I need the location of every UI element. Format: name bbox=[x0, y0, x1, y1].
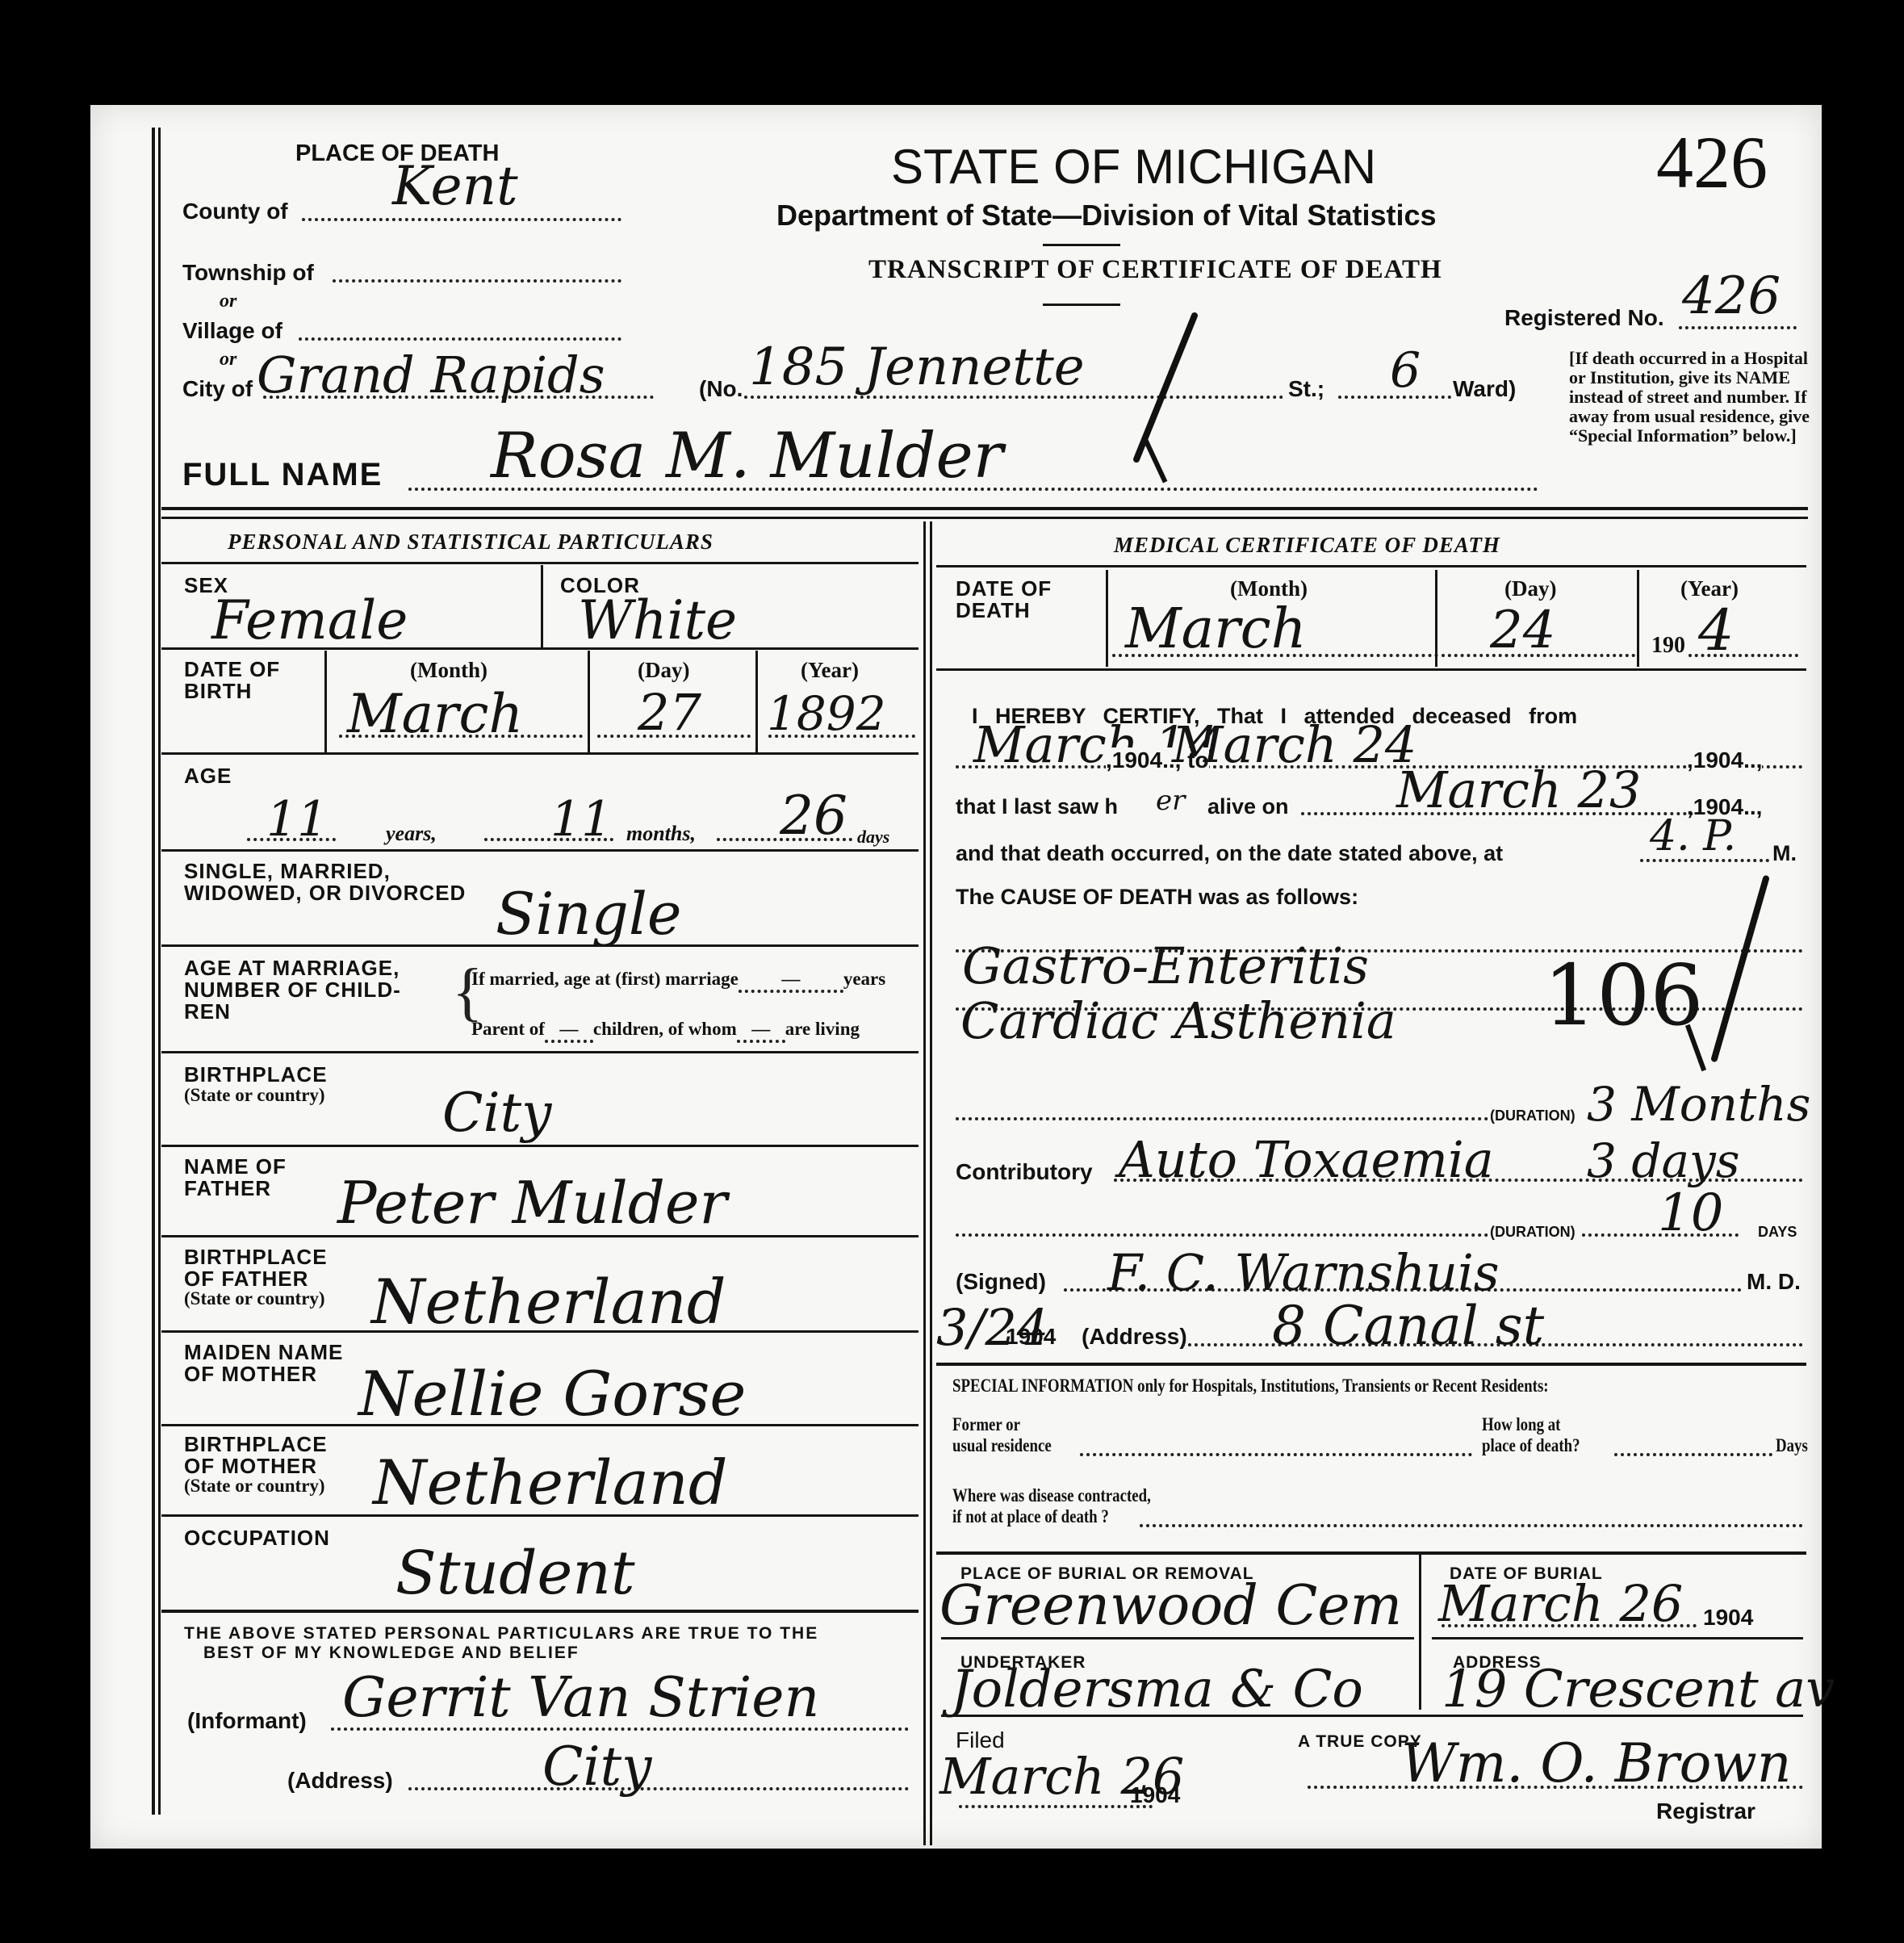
attended-to-value: March 24 bbox=[1172, 715, 1416, 774]
dob-month-header: (Month) bbox=[410, 660, 488, 680]
mother-label-line: OF MOTHER bbox=[184, 1362, 317, 1386]
informant-address-field bbox=[408, 1787, 909, 1790]
days-label: DAYS bbox=[1758, 1224, 1797, 1241]
birthplace-sublabel: (State or country) bbox=[184, 1085, 325, 1106]
row-rule bbox=[1432, 1637, 1803, 1639]
mother-bp-label-line: BIRTHPLACE bbox=[184, 1432, 328, 1456]
village-field bbox=[299, 337, 621, 341]
last-saw-date-value: March 23 bbox=[1396, 760, 1641, 819]
former-residence-label: Former orusual residence bbox=[952, 1414, 1052, 1456]
age-months-value: 11 bbox=[550, 791, 612, 848]
medical-certificate-heading: MEDICAL CERTIFICATE OF DEATH bbox=[1114, 533, 1500, 558]
burial-year-value: 1904 bbox=[1703, 1605, 1753, 1631]
time-of-death-value: 4. P. bbox=[1650, 812, 1736, 861]
how-long-field bbox=[1614, 1453, 1772, 1456]
cell-divider bbox=[755, 651, 758, 752]
state-title: STATE OF MICHIGAN bbox=[891, 139, 1376, 195]
contracted-label-line: if not at place of death ? bbox=[952, 1506, 1109, 1526]
cause-code-value: 106 bbox=[1543, 946, 1704, 1045]
father-birthplace-label: BIRTHPLACEOF FATHER bbox=[184, 1246, 328, 1290]
informant-address-label: (Address) bbox=[287, 1768, 393, 1794]
village-label: Village of bbox=[182, 318, 282, 344]
dob-label-line: DATE OF bbox=[184, 657, 280, 681]
father-bp-label-line: BIRTHPLACE bbox=[184, 1245, 328, 1269]
children-count-value: — bbox=[545, 1019, 593, 1043]
dob-month-value: March bbox=[347, 683, 523, 745]
contributory-label: Contributory bbox=[956, 1159, 1093, 1185]
city-value: Grand Rapids bbox=[257, 345, 605, 404]
attestation-line-1: THE ABOVE STATED PERSONAL PARTICULARS AR… bbox=[184, 1624, 818, 1644]
marital-status-label: SINGLE, MARRIED,WIDOWED, OR DIVORCED bbox=[184, 861, 466, 904]
row-rule bbox=[161, 1610, 919, 1613]
row-rule bbox=[936, 668, 1806, 671]
ward-label: Ward) bbox=[1453, 376, 1516, 402]
dod-label-line: DATE OF bbox=[956, 576, 1052, 601]
years-label: years, bbox=[386, 822, 437, 846]
county-label: County of bbox=[182, 199, 288, 224]
months-label: months, bbox=[626, 822, 696, 846]
burial-date-value: March 26 bbox=[1438, 1574, 1683, 1633]
row-rule bbox=[161, 1145, 919, 1147]
last-saw-pronoun: er bbox=[1156, 785, 1185, 817]
cell-divider bbox=[1435, 570, 1437, 667]
physician-signature-value: F. C. Warnshuis bbox=[1107, 1243, 1500, 1302]
mother-label-line: MAIDEN NAME bbox=[184, 1340, 343, 1364]
registrar-label: Registrar bbox=[1656, 1799, 1755, 1824]
registrar-signature-value: Wm. O. Brown bbox=[1401, 1732, 1791, 1794]
attestation-line-2: BEST OF MY KNOWLEDGE AND BELIEF bbox=[203, 1644, 580, 1663]
years-suffix: years bbox=[843, 969, 885, 989]
birthplace-label: BIRTHPLACE bbox=[184, 1064, 328, 1086]
section-rule bbox=[161, 507, 1808, 510]
mother-birthplace-sublabel: (State or country) bbox=[184, 1476, 325, 1497]
former-label-line: Former or bbox=[952, 1414, 1020, 1434]
registered-no-value: 426 bbox=[1682, 266, 1781, 326]
mother-name-value: Nellie Gorse bbox=[358, 1358, 746, 1430]
occupation-value: Student bbox=[395, 1539, 635, 1608]
children-line: Parent of—children, of whom—are living bbox=[471, 1019, 860, 1043]
marriage-label-line: NUMBER OF CHILD- bbox=[184, 978, 401, 1002]
physician-address-label: (Address) bbox=[1082, 1324, 1187, 1350]
marital-label-line: SINGLE, MARRIED, bbox=[184, 859, 391, 883]
contributory-value: Auto Toxaemia bbox=[1119, 1130, 1494, 1189]
dob-day-value: 27 bbox=[638, 683, 701, 742]
row-rule bbox=[161, 647, 919, 650]
column-divider bbox=[930, 521, 932, 1845]
father-bp-label-line: OF FATHER bbox=[184, 1267, 308, 1291]
row-rule bbox=[941, 1715, 1803, 1717]
father-label-line: FATHER bbox=[184, 1176, 271, 1200]
signed-year-value: 1904 bbox=[1006, 1324, 1056, 1350]
section-rule bbox=[161, 517, 1808, 519]
cell-divider bbox=[1637, 570, 1639, 667]
md-label: M. D. bbox=[1747, 1269, 1801, 1295]
row-rule bbox=[161, 1051, 919, 1053]
contributory-days-value: 10 bbox=[1658, 1183, 1723, 1243]
dod-label: DATE OFDEATH bbox=[956, 578, 1052, 622]
special-information-heading: SPECIAL INFORMATION only for Hospitals, … bbox=[952, 1376, 1549, 1397]
undertaker-value: Joldersma & Co bbox=[951, 1660, 1363, 1719]
marital-status-value: Single bbox=[496, 880, 681, 948]
duration-field-2 bbox=[956, 1233, 1488, 1237]
full-name-label: FULL NAME bbox=[182, 457, 383, 493]
township-label: Township of bbox=[182, 260, 314, 286]
row-rule bbox=[161, 1330, 919, 1333]
registered-no-field bbox=[1679, 326, 1797, 329]
disease-contracted-field bbox=[1140, 1524, 1803, 1527]
column-divider bbox=[923, 521, 926, 1845]
death-occurred-label: and that death occurred, on the date sta… bbox=[956, 841, 1503, 866]
are-living-label: are living bbox=[785, 1019, 860, 1039]
certificate-number: 426 bbox=[1656, 119, 1768, 205]
burial-place-value: Greenwood Cem bbox=[939, 1574, 1402, 1638]
left-border-rule-inner bbox=[158, 128, 161, 1815]
marriage-age-line: If married, age at (first) marriage—year… bbox=[471, 969, 885, 993]
row-rule bbox=[936, 1363, 1806, 1366]
birthplace-value: City bbox=[442, 1082, 551, 1144]
dod-month-value: March bbox=[1125, 597, 1307, 661]
row-rule bbox=[161, 944, 919, 947]
father-birthplace-value: Netherland bbox=[371, 1266, 726, 1338]
personal-particulars-heading: PERSONAL AND STATISTICAL PARTICULARS bbox=[228, 530, 713, 555]
row-rule bbox=[941, 1637, 1414, 1639]
time-suffix: M. bbox=[1772, 841, 1797, 866]
duration-label: (DURATION) bbox=[1490, 1108, 1576, 1124]
father-name-label: NAME OFFATHER bbox=[184, 1156, 287, 1200]
full-name-value: Rosa M. Mulder bbox=[491, 420, 1003, 492]
physician-address-value: 8 Canal st bbox=[1272, 1295, 1544, 1357]
children-of-whom-label: children, of whom bbox=[593, 1019, 737, 1039]
marriage-age-value: — bbox=[739, 969, 843, 993]
cell-divider bbox=[324, 651, 327, 752]
cell-divider bbox=[588, 651, 590, 752]
row-rule bbox=[161, 849, 919, 852]
former-label-line: usual residence bbox=[952, 1435, 1052, 1455]
father-name-value: Peter Mulder bbox=[337, 1169, 727, 1237]
dob-year-header: (Year) bbox=[801, 660, 859, 680]
left-border-rule bbox=[152, 128, 155, 1815]
dob-year-value: 1892 bbox=[767, 686, 886, 741]
age-label: AGE bbox=[184, 765, 232, 787]
cell-divider bbox=[1419, 1555, 1421, 1710]
dod-label-line: DEATH bbox=[956, 598, 1031, 622]
mother-birthplace-label: BIRTHPLACEOF MOTHER bbox=[184, 1434, 328, 1477]
cell-divider bbox=[541, 565, 543, 647]
ward-value: 6 bbox=[1390, 342, 1421, 399]
marriage-label-line: REN bbox=[184, 999, 231, 1024]
father-birthplace-sublabel: (State or country) bbox=[184, 1288, 325, 1309]
informant-label: (Informant) bbox=[187, 1708, 307, 1734]
mother-birthplace-value: Netherland bbox=[373, 1447, 728, 1518]
form-title: TRANSCRIPT OF CERTIFICATE OF DEATH bbox=[868, 255, 1442, 285]
disease-contracted-label: Where was disease contracted,if not at p… bbox=[952, 1485, 1151, 1527]
dob-label-line: BIRTH bbox=[184, 679, 252, 703]
county-value: Kent bbox=[392, 155, 518, 217]
contracted-label-line: Where was disease contracted, bbox=[952, 1485, 1151, 1505]
father-label-line: NAME OF bbox=[184, 1154, 287, 1179]
department-title: Department of State—Division of Vital St… bbox=[776, 199, 1437, 232]
city-label: City of bbox=[182, 376, 253, 402]
how-long-label-line: place of death? bbox=[1482, 1435, 1580, 1455]
age-years-value: 11 bbox=[266, 791, 328, 848]
row-rule bbox=[161, 1424, 919, 1426]
township-field bbox=[333, 279, 621, 283]
mother-name-label: MAIDEN NAMEOF MOTHER bbox=[184, 1342, 343, 1385]
cause-primary-value: Gastro-Enteritis bbox=[962, 936, 1369, 995]
dod-year-suffix: 4 bbox=[1698, 597, 1735, 664]
row-rule bbox=[161, 562, 919, 564]
dob-day-header: (Day) bbox=[638, 660, 689, 680]
cause-secondary-value: Cardiac Asthenia bbox=[960, 991, 1396, 1050]
occupation-label: OCCUPATION bbox=[184, 1527, 330, 1549]
street-value: 185 Jennette bbox=[749, 337, 1085, 397]
street-label: St.; bbox=[1288, 376, 1324, 402]
how-long-label-line: How long at bbox=[1482, 1414, 1560, 1434]
county-field bbox=[302, 218, 621, 221]
or-text: or bbox=[220, 291, 236, 312]
title-rule-bottom bbox=[1043, 304, 1120, 306]
filed-year-value: 1904 bbox=[1130, 1782, 1180, 1808]
row-rule bbox=[936, 565, 1806, 567]
cause-of-death-label: The CAUSE OF DEATH was as follows: bbox=[956, 885, 1358, 910]
living-count-value: — bbox=[737, 1019, 785, 1043]
marriage-age-label: If married, age at (first) marriage bbox=[471, 969, 739, 989]
year-separator: ,1904.., bbox=[1687, 747, 1762, 773]
informant-value: Gerrit Van Strien bbox=[342, 1666, 819, 1730]
days-label: days bbox=[857, 827, 889, 848]
cell-divider bbox=[1106, 570, 1108, 667]
mother-bp-label-line: OF MOTHER bbox=[184, 1454, 317, 1478]
row-rule bbox=[161, 1514, 919, 1517]
or-text: or bbox=[220, 349, 236, 371]
marriage-children-label: AGE AT MARRIAGE,NUMBER OF CHILD-REN bbox=[184, 957, 401, 1023]
marriage-label-line: AGE AT MARRIAGE, bbox=[184, 956, 400, 980]
how-long-label: How long atplace of death? bbox=[1482, 1414, 1580, 1456]
undertaker-address-value: 19 Crescent av bbox=[1442, 1660, 1835, 1719]
former-residence-field bbox=[1080, 1453, 1472, 1456]
row-rule bbox=[936, 1551, 1806, 1555]
marital-label-line: WIDOWED, OR DIVORCED bbox=[184, 881, 466, 905]
dob-label: DATE OFBIRTH bbox=[184, 659, 280, 702]
primary-duration-value: 3 Months bbox=[1587, 1077, 1810, 1132]
row-rule bbox=[161, 1235, 919, 1237]
alive-on-label: alive on bbox=[1207, 794, 1289, 819]
duration-field-1 bbox=[956, 1117, 1488, 1120]
days-suffix: Days bbox=[1776, 1435, 1808, 1456]
contributory-duration-value: 3 days bbox=[1587, 1133, 1740, 1188]
title-rule-top bbox=[1043, 244, 1120, 246]
signed-label: (Signed) bbox=[956, 1269, 1046, 1295]
sex-value: Female bbox=[211, 589, 408, 651]
row-rule bbox=[161, 752, 919, 755]
parent-of-label: Parent of bbox=[471, 1019, 545, 1039]
dod-day-header: (Day) bbox=[1504, 576, 1556, 601]
street-number-label: (No. bbox=[699, 376, 743, 402]
registered-no-label: Registered No. bbox=[1504, 305, 1664, 331]
hospital-instruction-note: [If death occurred in a Hospital or Inst… bbox=[1569, 349, 1811, 446]
duration-label: (DURATION) bbox=[1490, 1224, 1576, 1241]
last-saw-label: that I last saw h bbox=[956, 794, 1118, 819]
color-value: White bbox=[578, 589, 737, 651]
dod-day-value: 24 bbox=[1490, 601, 1555, 660]
dod-year-prefix: 190 bbox=[1651, 633, 1685, 659]
age-days-value: 26 bbox=[780, 785, 847, 847]
informant-address-value: City bbox=[542, 1736, 651, 1798]
